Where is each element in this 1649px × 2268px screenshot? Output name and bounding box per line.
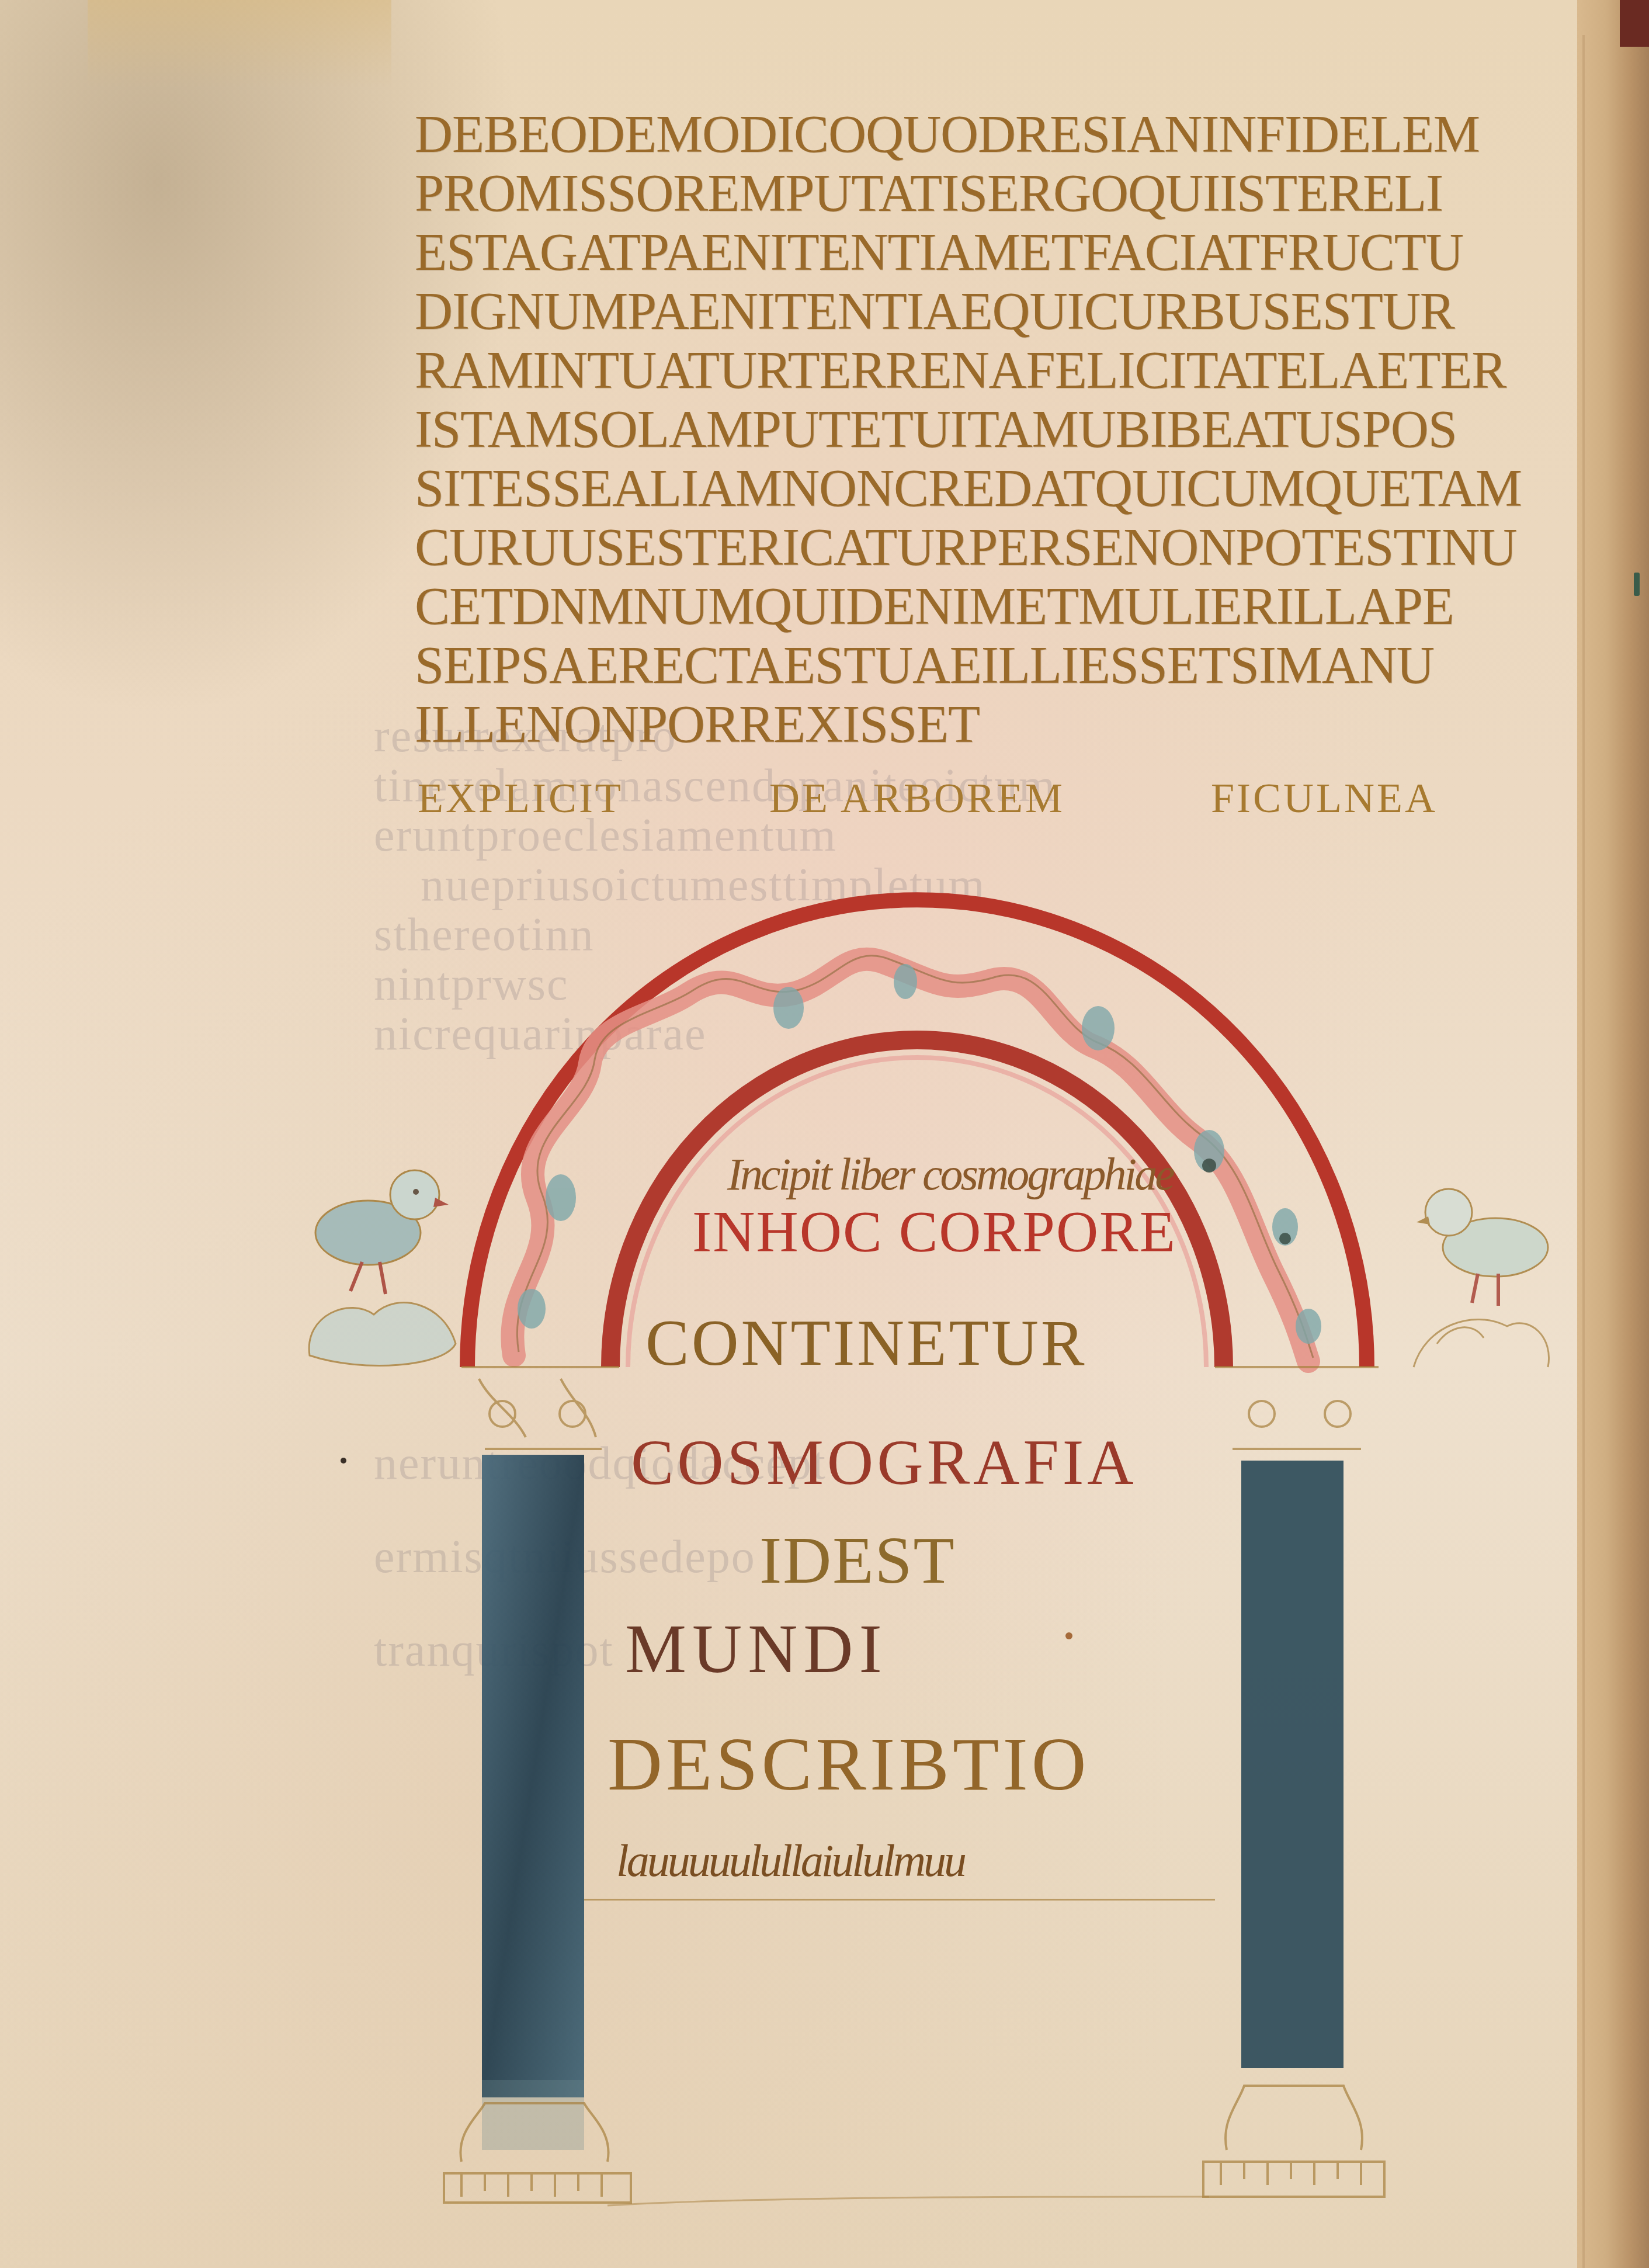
title-line-describtio: DESCRIBTIO — [607, 1721, 1090, 1808]
manuscript-folio: resurrexeratpro tinevelamnonascendepanit… — [0, 0, 1579, 2268]
right-column — [1241, 1461, 1343, 2068]
arcade-illumination — [0, 0, 1577, 2268]
right-base — [1203, 2086, 1384, 2197]
title-line-idest: IDEST — [759, 1522, 956, 1599]
left-capital — [461, 1367, 619, 1449]
right-foliage — [1414, 1319, 1549, 1367]
left-bird — [315, 1170, 449, 1294]
title-line-inhoc: INHOC CORPORE — [692, 1198, 1176, 1265]
right-bird — [1417, 1189, 1548, 1306]
title-line-cosmografia: COSMOGRAFIA — [631, 1426, 1137, 1500]
title-line-continetur: CONTINETUR — [645, 1306, 1086, 1381]
gutter-mark — [1634, 573, 1640, 596]
left-foliage — [309, 1303, 456, 1366]
page-edge — [1582, 35, 1585, 2268]
right-capital — [1215, 1367, 1379, 1449]
rubric-minuscule-bottom: lauuuuulullaiululmuu — [616, 1834, 964, 1887]
binding-leather — [1620, 0, 1649, 47]
ruling-line — [584, 1899, 1215, 1901]
title-line-mundi: MUNDI — [625, 1610, 888, 1689]
rubric-minuscule-top: Incipit liber cosmographiae — [727, 1148, 1173, 1201]
book-gutter — [1577, 0, 1649, 2268]
